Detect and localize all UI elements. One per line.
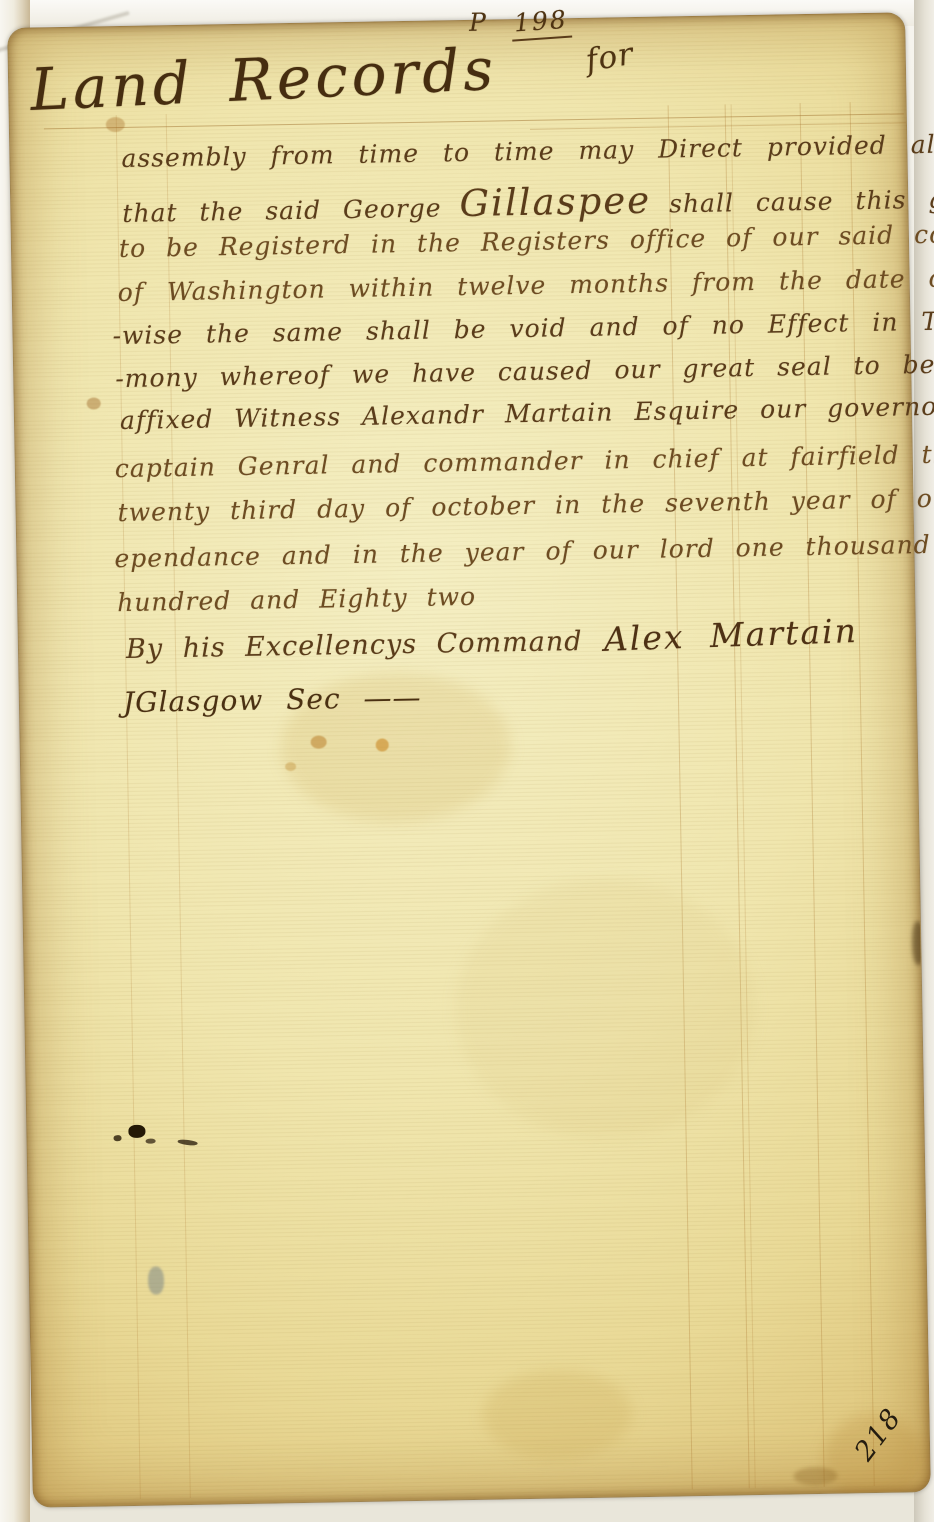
ink-blot [113, 1135, 121, 1141]
stain [822, 1413, 924, 1505]
ink-blot [146, 1139, 156, 1144]
ink-blot [177, 1139, 197, 1146]
stain [482, 1368, 634, 1461]
stain [87, 397, 101, 409]
column-rule [668, 105, 693, 1489]
column-rule [731, 104, 756, 1488]
column-rule [166, 114, 191, 1498]
stain [453, 876, 757, 1141]
header-rule [44, 113, 904, 129]
ledger-page [7, 12, 931, 1507]
column-rule [116, 115, 141, 1499]
column-rule [725, 104, 750, 1488]
column-rule [850, 102, 875, 1486]
column-rule [800, 103, 825, 1487]
stain [106, 117, 125, 132]
ledger-sheet: P 198 Land Records for assembly from tim… [7, 12, 931, 1507]
ink-blot [128, 1125, 145, 1138]
pencil-smudge [148, 1266, 164, 1294]
